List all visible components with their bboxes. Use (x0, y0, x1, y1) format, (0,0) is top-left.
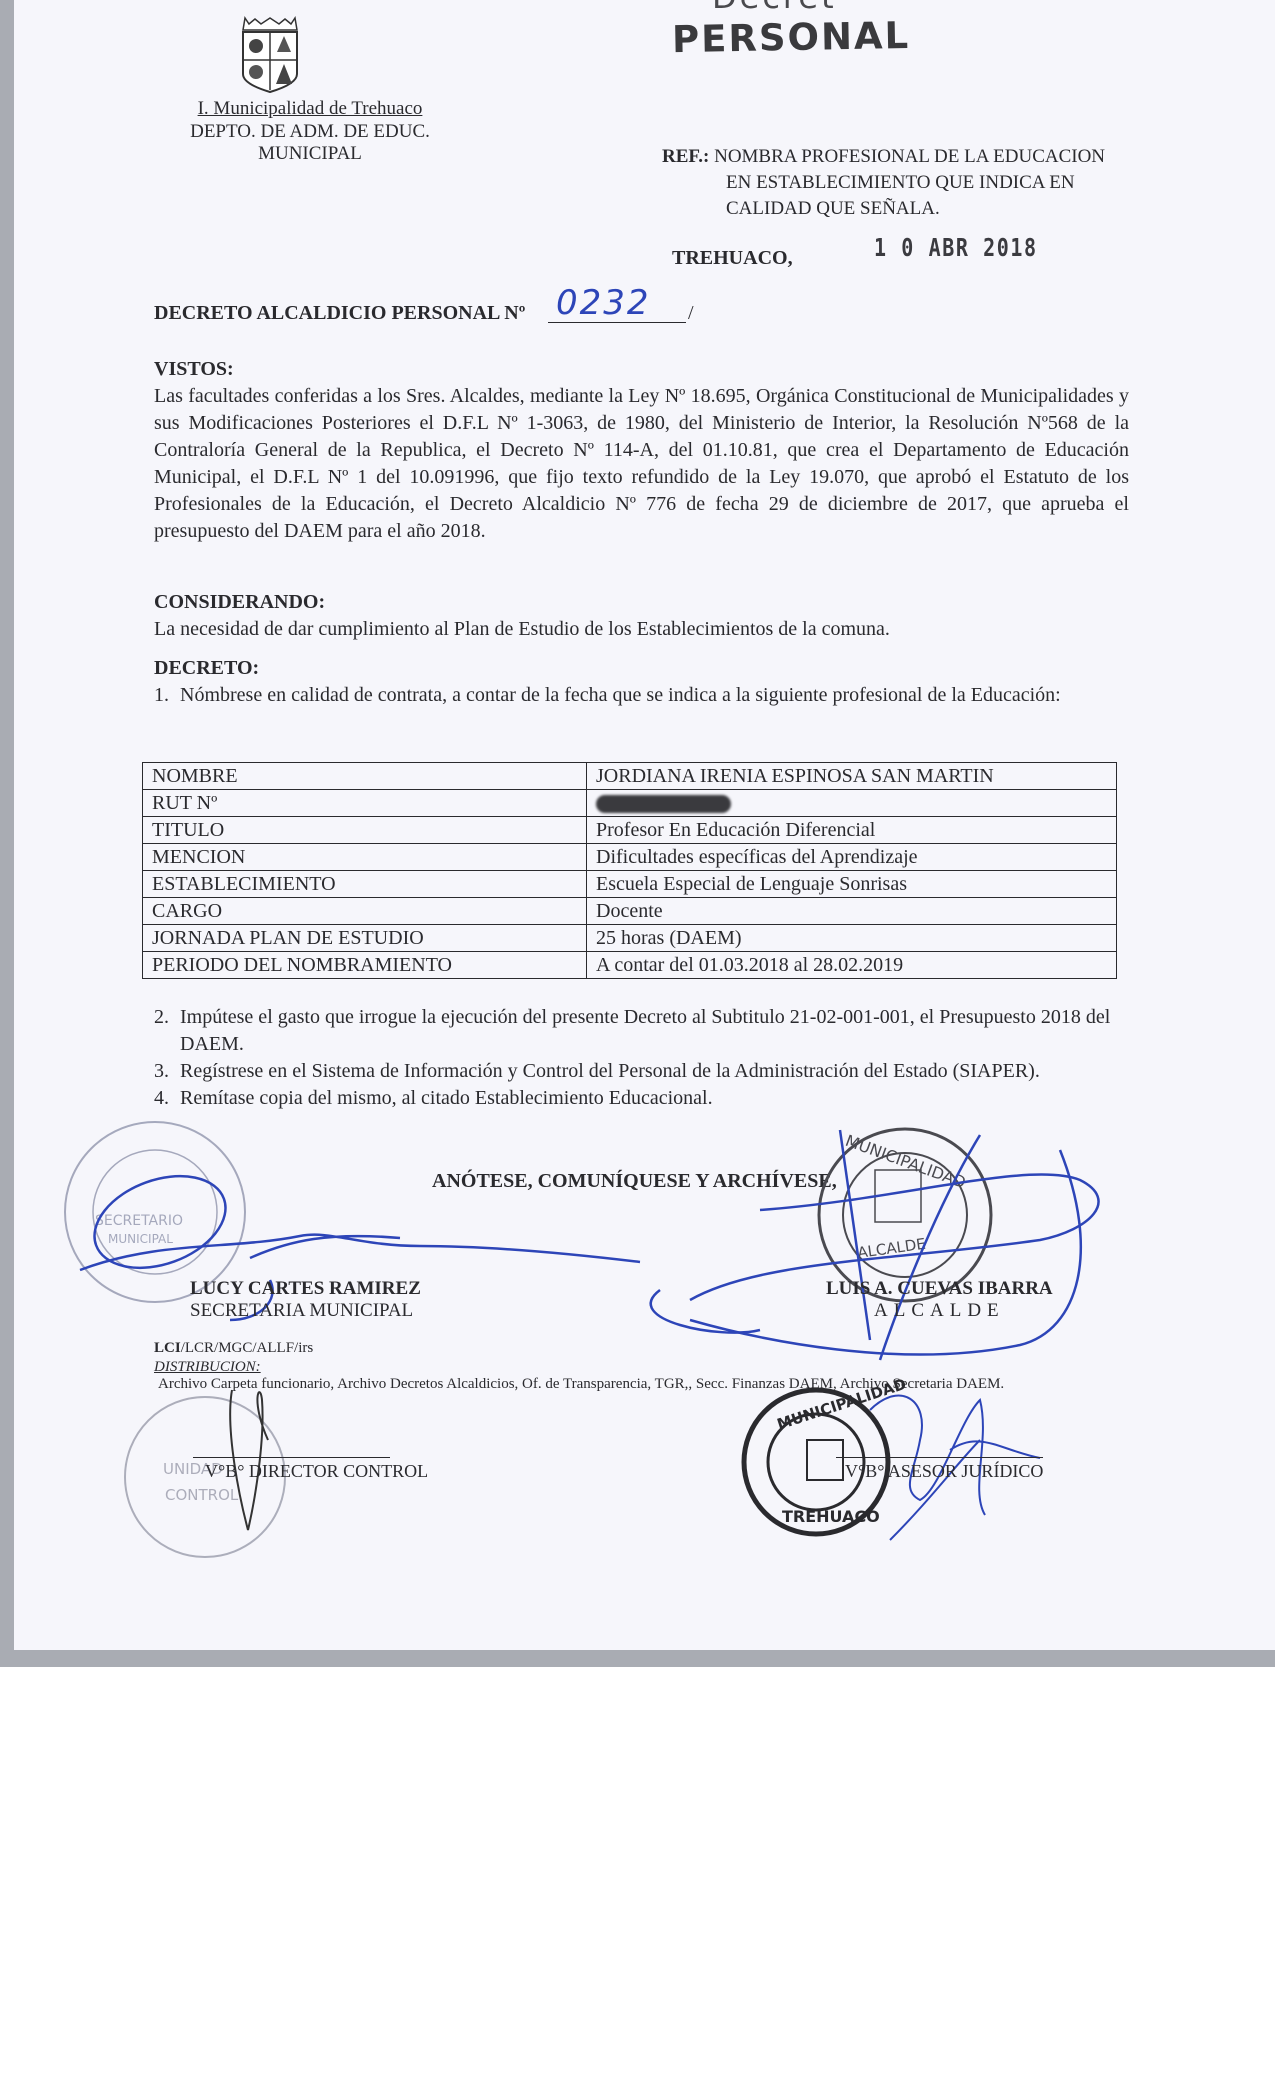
drafter-initials: LCI/LCR/MGC/ALLF/irs (154, 1340, 313, 1357)
table-value: Docente (587, 898, 1117, 925)
decreto-section: DECRETO: 1. Nómbrese en calidad de contr… (154, 655, 1129, 709)
considerando-section: CONSIDERANDO: La necesidad de dar cumpli… (154, 589, 1129, 643)
table-row: CARGODocente (143, 898, 1117, 925)
secretary-role: SECRETARIA MUNICIPAL (190, 1300, 421, 1322)
table-value: A contar del 01.03.2018 al 28.02.2019 (587, 952, 1117, 979)
vistos-text: Las facultades conferidas a los Sres. Al… (154, 383, 1129, 545)
considerando-text: La necesidad de dar cumplimiento al Plan… (154, 616, 1129, 643)
table-value: 25 horas (DAEM) (587, 925, 1117, 952)
mayor-role: ALCALDE (826, 1300, 1053, 1322)
mayor-signature-block: LUIS A. CUEVAS IBARRA ALCALDE (826, 1278, 1053, 1322)
decree-title: DECRETO ALCALDICIO PERSONAL Nº (154, 302, 525, 325)
decree-item-text: Impútese el gasto que irrogue la ejecuci… (180, 1006, 1110, 1055)
secretary-name: LUCY CARTES RAMIREZ (190, 1278, 421, 1300)
table-value: Escuela Especial de Lenguaje Sonrisas (587, 871, 1117, 898)
decree-item: 2.Impútese el gasto que irrogue la ejecu… (154, 1004, 1129, 1058)
mayor-name: LUIS A. CUEVAS IBARRA (826, 1278, 1053, 1300)
department-name: DEPTO. DE ADM. DE EDUC. MUNICIPAL (150, 121, 470, 165)
vistos-section: VISTOS: Las facultades conferidas a los … (154, 356, 1129, 545)
table-value: Dificultades específicas del Aprendizaje (587, 844, 1117, 871)
reference-line: NOMBRA PROFESIONAL DE LA EDUCACION (714, 144, 1105, 170)
decree-item-text: Nómbrese en calidad de contrata, a conta… (180, 684, 1061, 706)
table-row: JORNADA PLAN DE ESTUDIO25 horas (DAEM) (143, 925, 1117, 952)
vistos-heading: VISTOS: (154, 356, 1129, 383)
table-key: ESTABLECIMIENTO (143, 871, 587, 898)
place: TREHUACO, (672, 247, 793, 270)
legal-signature-line (836, 1457, 1043, 1458)
table-value: Profesor En Educación Diferencial (587, 817, 1117, 844)
vb-director-control: V°B° DIRECTOR CONTROL (205, 1461, 428, 1482)
decree-item: 3.Regístrese en el Sistema de Informació… (154, 1058, 1129, 1085)
table-row: TITULOProfesor En Educación Diferencial (143, 817, 1117, 844)
decreto-heading: DECRETO: (154, 655, 1129, 682)
distribution-list: Archivo Carpeta funcionario, Archivo Dec… (158, 1376, 1004, 1393)
table-key: JORNADA PLAN DE ESTUDIO (143, 925, 587, 952)
distribution-label: DISTRIBUCION: (154, 1359, 261, 1376)
table-key: TITULO (143, 817, 587, 844)
redacted-rut (587, 790, 1117, 817)
decree-item-text: Remítase copia del mismo, al citado Esta… (180, 1087, 713, 1109)
municipality-name: I. Municipalidad de Trehuaco (150, 98, 470, 120)
table-key: PERIODO DEL NOMBRAMIENTO (143, 952, 587, 979)
decree-item: 4.Remítase copia del mismo, al citado Es… (154, 1085, 1129, 1112)
table-key: CARGO (143, 898, 587, 925)
control-signature-line (193, 1457, 390, 1458)
table-key: MENCION (143, 844, 587, 871)
decree-slash: / (688, 302, 694, 325)
table-row: PERIODO DEL NOMBRAMIENTOA contar del 01.… (143, 952, 1117, 979)
table-row: ESTABLECIMIENTOEscuela Especial de Lengu… (143, 871, 1117, 898)
redaction-mark (596, 795, 731, 813)
table-key: RUT Nº (143, 790, 587, 817)
reference-line: EN ESTABLECIMIENTO QUE INDICA EN (662, 170, 1105, 196)
personal-stamp: PERSONAL (672, 14, 911, 61)
reference-label: REF.: (662, 146, 709, 167)
secretary-signature-block: LUCY CARTES RAMIREZ SECRETARIA MUNICIPAL (190, 1278, 421, 1322)
decree-item: 1. Nómbrese en calidad de contrata, a co… (154, 682, 1129, 709)
table-row: MENCIONDificultades específicas del Apre… (143, 844, 1117, 871)
decree-number-handwritten: 0232 (556, 283, 651, 323)
table-value: JORDIANA IRENIA ESPINOSA SAN MARTIN (587, 763, 1117, 790)
appointee-table: NOMBREJORDIANA IRENIA ESPINOSA SAN MARTI… (142, 762, 1117, 979)
decree-items-list: 2.Impútese el gasto que irrogue la ejecu… (154, 1004, 1129, 1112)
closing-formula: ANÓTESE, COMUNÍQUESE Y ARCHÍVESE, (432, 1170, 837, 1193)
reference-line: CALIDAD QUE SEÑALA. (662, 196, 1105, 222)
municipal-coat-of-arms-icon (239, 16, 301, 94)
table-row: NOMBREJORDIANA IRENIA ESPINOSA SAN MARTI… (143, 763, 1117, 790)
vb-asesor-juridico: V°B° ASESOR JURÍDICO (845, 1461, 1043, 1482)
considerando-heading: CONSIDERANDO: (154, 589, 1129, 616)
decree-item-text: Regístrese en el Sistema de Información … (180, 1060, 1040, 1082)
reference-block: REF.: NOMBRA PROFESIONAL DE LA EDUCACION… (662, 144, 1105, 222)
table-row: RUT Nº (143, 790, 1117, 817)
table-key: NOMBRE (143, 763, 587, 790)
date-stamp: 1 0 ABR 2018 (874, 233, 1038, 262)
stamp-top-partial: Decret (712, 0, 837, 16)
